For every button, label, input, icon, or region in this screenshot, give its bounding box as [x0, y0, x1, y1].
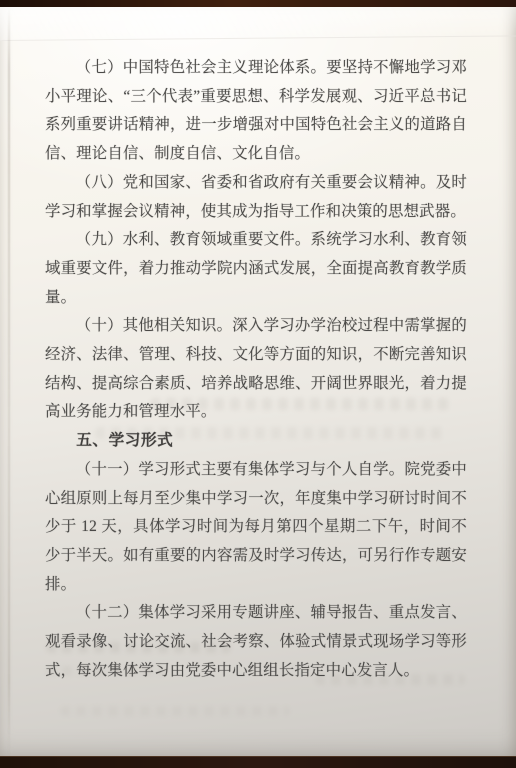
- document-text-column: （七）中国特色社会主义理论体系。要坚持不懈地学习邓小平理论、“三个代表”重要思想…: [45, 54, 467, 685]
- photo-background-bottom-strip: [0, 756, 516, 768]
- paragraph-item-8: （八）党和国家、省委和省政府有关重要会议精神。及时学习和掌握会议精神，使其成为指…: [45, 169, 467, 226]
- paragraph-item-9: （九）水利、教育领域重要文件。系统学习水利、教育领域重要文件，着力推动学院内涵式…: [45, 226, 467, 312]
- paragraph-item-11: （十一）学习形式主要有集体学习与个人自学。院党委中心组原则上每月至少集中学习一次…: [45, 456, 467, 600]
- document-page: （七）中国特色社会主义理论体系。要坚持不懈地学习邓小平理论、“三个代表”重要思想…: [0, 6, 516, 758]
- section-heading-learning-format: 五、学习形式: [45, 427, 467, 456]
- photo-background-top-strip: [0, 0, 516, 7]
- paragraph-item-12: （十二）集体学习采用专题讲座、辅导报告、重点发言、观看录像、讨论交流、社会考察、…: [45, 599, 467, 685]
- page-top-edge-highlight: [0, 1, 516, 41]
- page-left-edge-line: [8, 6, 10, 758]
- paragraph-item-7: （七）中国特色社会主义理论体系。要坚持不懈地学习邓小平理论、“三个代表”重要思想…: [45, 54, 467, 169]
- photo-backdrop: （七）中国特色社会主义理论体系。要坚持不懈地学习邓小平理论、“三个代表”重要思想…: [0, 0, 516, 768]
- paragraph-item-10: （十）其他相关知识。深入学习办学治校过程中需掌握的经济、法律、管理、科技、文化等…: [45, 312, 467, 427]
- bleed-through-ghost-text: [60, 706, 290, 716]
